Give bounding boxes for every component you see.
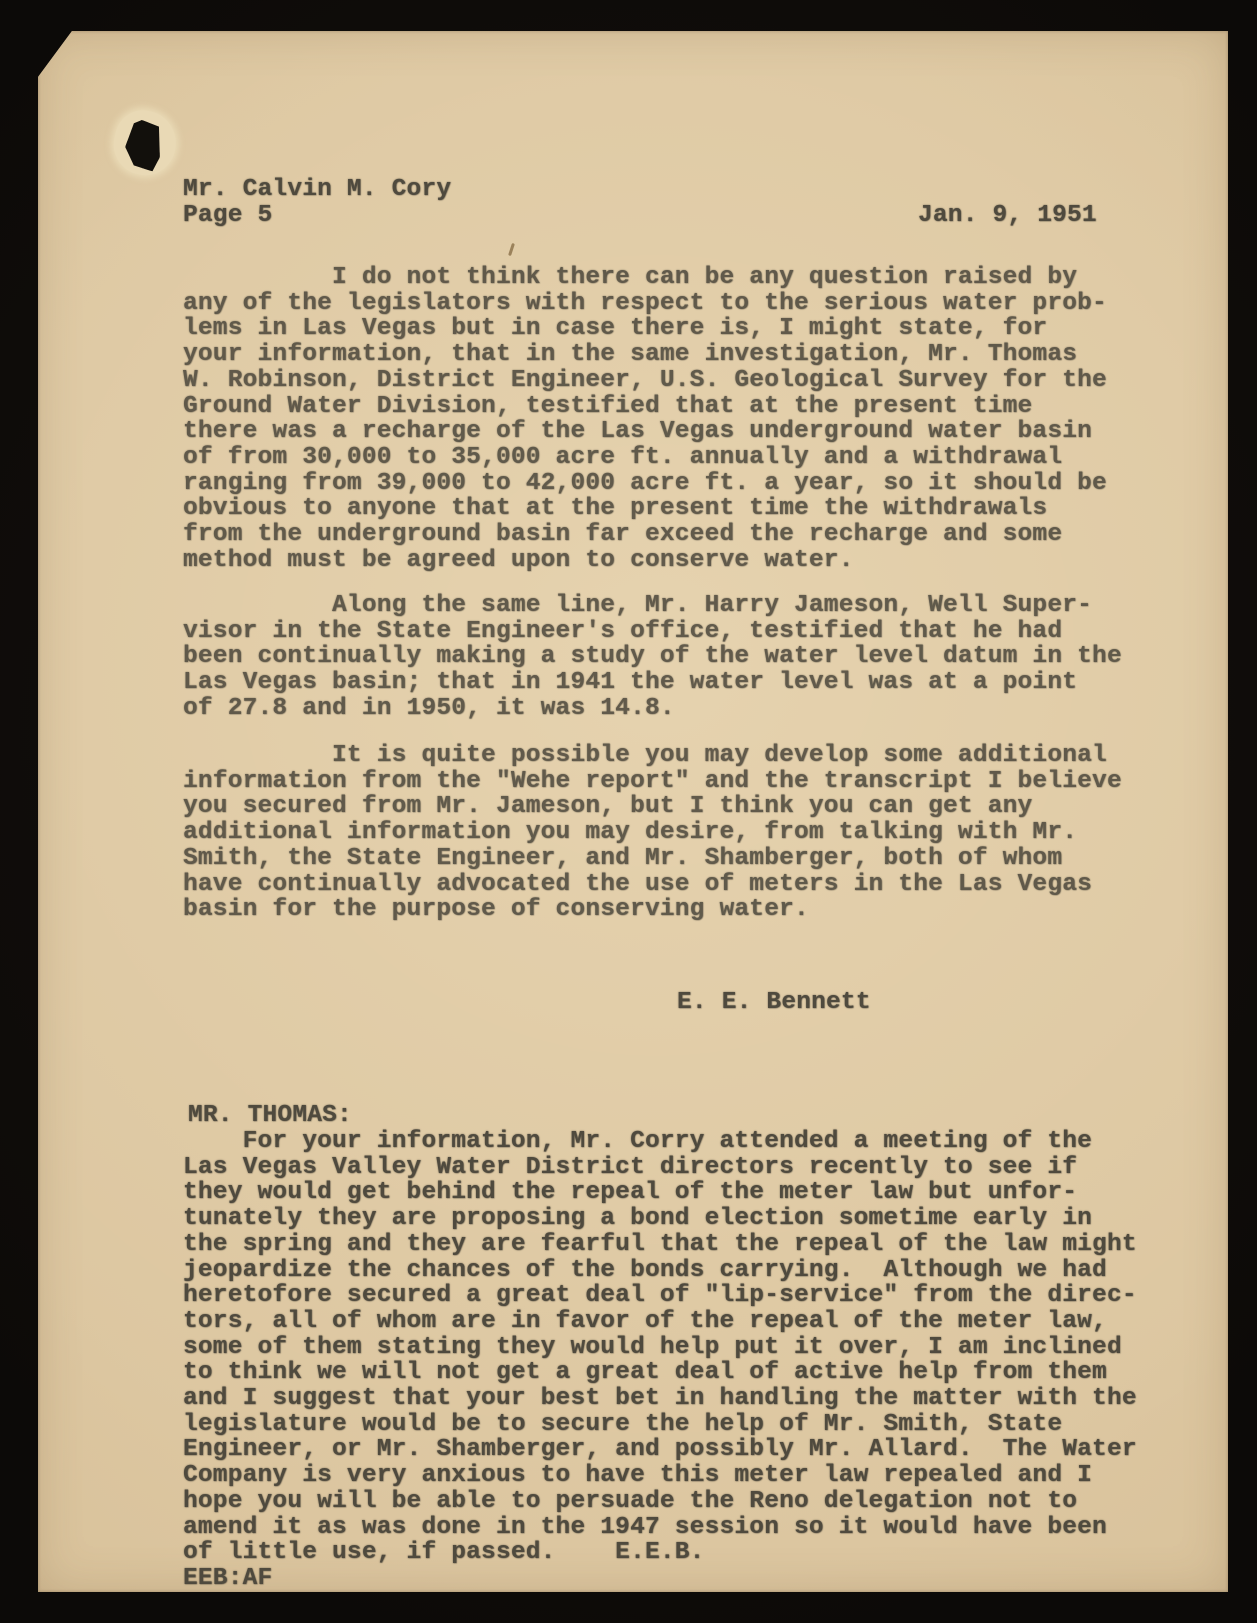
letter-paragraph-2: Along the same line, Mr. Harry Jameson, …: [183, 593, 1193, 722]
memo-block: For your information, Mr. Corry attended…: [183, 1129, 1193, 1592]
ink-speck: [508, 243, 515, 256]
letter-paragraph-1: I do not think there can be any question…: [183, 265, 1193, 573]
recipient-line: Mr. Calvin M. Cory: [183, 177, 451, 203]
letter-paragraph-3: It is quite possible you may develop som…: [183, 743, 1193, 923]
page-number-line: Page 5: [183, 203, 272, 229]
scan-background: Mr. Calvin M. Cory Page 5 Jan. 9, 1951 I…: [0, 0, 1257, 1623]
signature-line: E. E. Bennett: [677, 990, 871, 1016]
date-line: Jan. 9, 1951: [918, 203, 1097, 229]
typist-initials-line: EEB:AF: [183, 1566, 1193, 1592]
letter-page: Mr. Calvin M. Cory Page 5 Jan. 9, 1951 I…: [38, 31, 1228, 1592]
memo-body: For your information, Mr. Corry attended…: [183, 1129, 1193, 1566]
memo-heading: MR. THOMAS:: [188, 1103, 352, 1129]
